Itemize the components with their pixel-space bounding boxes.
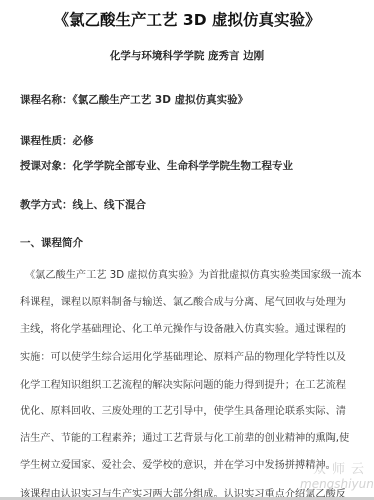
- watermark-en: mengshiyun.com: [300, 477, 370, 492]
- watermark-cn: 众师云: [300, 462, 370, 477]
- watermark: 众师云 mengshiyun.com: [300, 462, 370, 498]
- document-page: 《氯乙酸生产工艺 3D 虚拟仿真实验》 化学与环境科学学院 庞秀言 边刚 课程名…: [0, 0, 374, 500]
- course-structure-paragraph: 该课程由认识实习与生产实习两大部分组成。认识实习重点介绍氯乙酸反: [20, 0, 356, 500]
